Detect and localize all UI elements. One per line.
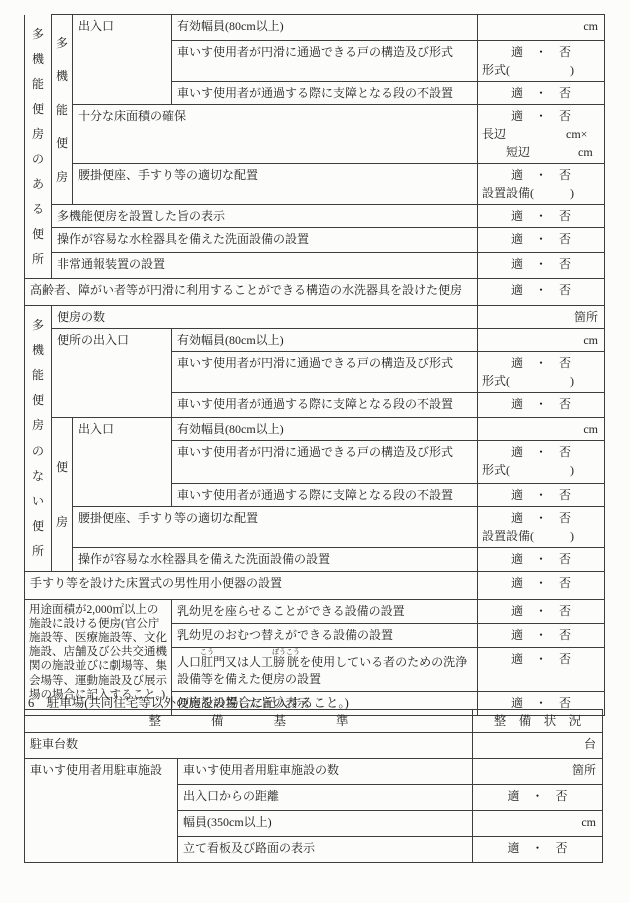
criteria-text: 多機能便房を設置した旨の表示 [52, 205, 478, 228]
table-row: 多機能便房を設置した旨の表示適 ・ 否 [25, 205, 605, 228]
table-row: 便所の出入口有効幅員(80cm以上)cm [25, 328, 605, 351]
table-row: 非常通報装置の設置適 ・ 否 [25, 253, 605, 278]
criteria-text: 車いす使用者が通過する際に支障となる段の不設置 [172, 483, 478, 506]
vertical-label-multifunction-stall: 多機能便房 [52, 15, 73, 205]
pass-fail-status-cell: 適 ・ 否長辺 cm× 短辺 cm [478, 105, 605, 164]
status-line: 形式( ) [482, 372, 600, 390]
status-line: 適 ・ 否 [482, 354, 600, 372]
criteria-text: 有効幅員(80cm以上) [172, 417, 478, 440]
vertical-label-stall: 便房 [52, 417, 73, 571]
status-line: 適 ・ 否 [482, 43, 600, 61]
pass-fail-status-cell: 適 ・ 否 [478, 392, 605, 417]
unit-value-cell: cm [478, 15, 605, 41]
unit-value-cell: 箇所 [473, 759, 603, 785]
status-line: 設置設備( ) [482, 184, 600, 202]
table-row: 高齢者、障がい者等が円滑に利用することができる構造の水洗器具を設けた便房適 ・ … [25, 278, 605, 305]
table-row: 多機能便房のある便所多機能便房出入口有効幅員(80cm以上)cm [25, 15, 605, 41]
status-line: 適 ・ 否 [477, 787, 598, 805]
status-line: 形式( ) [482, 461, 600, 479]
status-line: 適 ・ 否 [482, 574, 600, 592]
unit-value-cell: 台 [473, 733, 603, 759]
pass-fail-status-cell: 適 ・ 否設置設備( ) [478, 506, 605, 547]
table-row: 操作が容易な水栓器具を備えた洗面設備の設置適 ・ 否 [25, 228, 605, 253]
status-line: 適 ・ 否 [482, 230, 600, 248]
unit-value-cell: 箇所 [478, 305, 605, 328]
status-line: 長辺 cm× [482, 125, 600, 143]
criteria-text: 車いす使用者用駐車施設の数 [178, 759, 473, 785]
criteria-text: 有効幅員(80cm以上) [172, 328, 478, 351]
pass-fail-status-cell: 適 ・ 否 [478, 623, 605, 647]
status-line: 適 ・ 否 [482, 602, 600, 620]
unit-value-cell: cm [473, 811, 603, 837]
vertical-label-multifunction-toilet-present: 多機能便房のある便所 [25, 15, 52, 279]
parking-table: 整 備 基 準整 備 状 況駐車台数台車いす使用者用駐車施設車いす使用者用駐車施… [24, 709, 603, 863]
pass-fail-status-cell: 適 ・ 否 [478, 278, 605, 305]
criteria-text: 腰掛便座、手すり等の適切な配置 [73, 164, 478, 205]
table-row: 駐車台数台 [25, 733, 603, 759]
status-line: 適 ・ 否 [477, 839, 598, 857]
pass-fail-status-cell: 適 ・ 否 [473, 785, 603, 811]
row-group-label-toilet-entrance: 便所の出入口 [52, 328, 172, 417]
criteria-text: 車いす使用者が通過する際に支障となる段の不設置 [172, 82, 478, 105]
status-line: 適 ・ 否 [482, 107, 600, 125]
pass-fail-status-cell: 適 ・ 否 [478, 599, 605, 623]
criteria-text: 乳幼児のおむつ替えができる設備の設置 [172, 623, 478, 647]
table-row: 腰掛便座、手すり等の適切な配置適 ・ 否設置設備( ) [25, 506, 605, 547]
row-group-label-entrance: 出入口 [73, 417, 172, 506]
status-line: 適 ・ 否 [482, 166, 600, 184]
criteria-text: 手すり等を設けた床置式の男性用小便器の設置 [25, 571, 478, 599]
pass-fail-status-cell: 適 ・ 否 [478, 483, 605, 506]
status-line: 短辺 cm [482, 143, 600, 161]
pass-fail-status-cell: 適 ・ 否形式( ) [478, 351, 605, 392]
table-row: 用途面積が2,000㎡以上の施設に設ける便房(官公庁施設等、医療施設等、文化施設… [25, 599, 605, 623]
criteria-text: 腰掛便座、手すり等の適切な配置 [73, 506, 478, 547]
criteria-text: 便房の数 [52, 305, 478, 328]
pass-fail-status-cell: 適 ・ 否 [473, 837, 603, 863]
vertical-label-text: 便房 [52, 418, 72, 571]
pass-fail-status-cell: 適 ・ 否 [478, 547, 605, 571]
status-line: 適 ・ 否 [482, 443, 600, 461]
vertical-label-text: 多機能便房 [52, 15, 72, 204]
pass-fail-status-cell: 適 ・ 否形式( ) [478, 440, 605, 483]
criteria-text: 操作が容易な水栓器具を備えた洗面設備の設置 [73, 547, 478, 571]
pass-fail-status-cell: 適 ・ 否 [478, 82, 605, 105]
unit-value-cell: cm [478, 417, 605, 440]
status-line: 設置設備( ) [482, 527, 600, 545]
row-group-label-wheelchair-parking: 車いす使用者用駐車施設 [25, 759, 178, 863]
pass-fail-status-cell: 適 ・ 否 [478, 205, 605, 228]
status-line: 適 ・ 否 [482, 84, 600, 102]
document-page: 多機能便房のある便所多機能便房出入口有効幅員(80cm以上)cm車いす使用者が円… [0, 0, 630, 903]
criteria-text: 駐車台数 [25, 733, 473, 759]
criteria-text: 幅員(350cm以上) [178, 811, 473, 837]
table-row: 十分な床面積の確保適 ・ 否長辺 cm× 短辺 cm [25, 105, 605, 164]
criteria-text: 高齢者、障がい者等が円滑に利用することができる構造の水洗器具を設けた便房 [25, 278, 478, 305]
table-row: 便房出入口有効幅員(80cm以上)cm [25, 417, 605, 440]
status-line: 適 ・ 否 [482, 255, 600, 273]
column-header-status: 整 備 状 況 [473, 710, 603, 733]
pass-fail-status-cell: 適 ・ 否 [478, 571, 605, 599]
criteria-text: 人口肛こう門又は人工膀胱ぼうこうを使用している者のための洗浄設備等を備えた便房の… [172, 647, 478, 691]
criteria-text: 出入口からの距離 [178, 785, 473, 811]
status-line: 適 ・ 否 [482, 509, 600, 527]
table-row: 手すり等を設けた床置式の男性用小便器の設置適 ・ 否 [25, 571, 605, 599]
column-header-criteria: 整 備 基 準 [25, 710, 473, 733]
criteria-text: 車いす使用者が通過する際に支障となる段の不設置 [172, 392, 478, 417]
status-line: 形式( ) [482, 61, 600, 79]
status-line: 適 ・ 否 [482, 626, 600, 644]
status-line: 適 ・ 否 [482, 281, 600, 299]
criteria-text: 有効幅員(80cm以上) [172, 15, 478, 41]
status-line: 適 ・ 否 [482, 207, 600, 225]
status-line: 適 ・ 否 [482, 395, 600, 413]
toilet-compliance-table: 多機能便房のある便所多機能便房出入口有効幅員(80cm以上)cm車いす使用者が円… [24, 14, 605, 716]
row-group-label-entrance: 出入口 [73, 15, 172, 105]
vertical-label-text: 多機能便房のない便所 [25, 306, 51, 571]
status-line: 適 ・ 否 [482, 486, 600, 504]
vertical-label-multifunction-toilet-absent: 多機能便房のない便所 [25, 305, 52, 571]
status-line: 適 ・ 否 [482, 650, 600, 668]
table-row: 車いす使用者用駐車施設車いす使用者用駐車施設の数箇所 [25, 759, 603, 785]
table-row: 整 備 基 準整 備 状 況 [25, 710, 603, 733]
criteria-text: 十分な床面積の確保 [73, 105, 478, 164]
pass-fail-status-cell: 適 ・ 否 [478, 647, 605, 691]
criteria-text: 非常通報装置の設置 [52, 253, 478, 278]
criteria-text: 立て看板及び路面の表示 [178, 837, 473, 863]
criteria-text: 乳幼児を座らせることができる設備の設置 [172, 599, 478, 623]
criteria-text: 車いす使用者が円滑に通過できる戸の構造及び形式 [172, 351, 478, 392]
criteria-text: 車いす使用者が円滑に通過できる戸の構造及び形式 [172, 440, 478, 483]
criteria-text: 車いす使用者が円滑に通過できる戸の構造及び形式 [172, 41, 478, 82]
table-row: 多機能便房のない便所便房の数箇所 [25, 305, 605, 328]
vertical-label-text: 多機能便房のある便所 [25, 15, 51, 278]
unit-value-cell: cm [478, 328, 605, 351]
criteria-text: 操作が容易な水栓器具を備えた洗面設備の設置 [52, 228, 478, 253]
pass-fail-status-cell: 適 ・ 否形式( ) [478, 41, 605, 82]
status-line: 適 ・ 否 [482, 550, 600, 568]
pass-fail-status-cell: 適 ・ 否設置設備( ) [478, 164, 605, 205]
table-row: 腰掛便座、手すり等の適切な配置適 ・ 否設置設備( ) [25, 164, 605, 205]
pass-fail-status-cell: 適 ・ 否 [478, 228, 605, 253]
pass-fail-status-cell: 適 ・ 否 [478, 253, 605, 278]
table-row: 操作が容易な水栓器具を備えた洗面設備の設置適 ・ 否 [25, 547, 605, 571]
